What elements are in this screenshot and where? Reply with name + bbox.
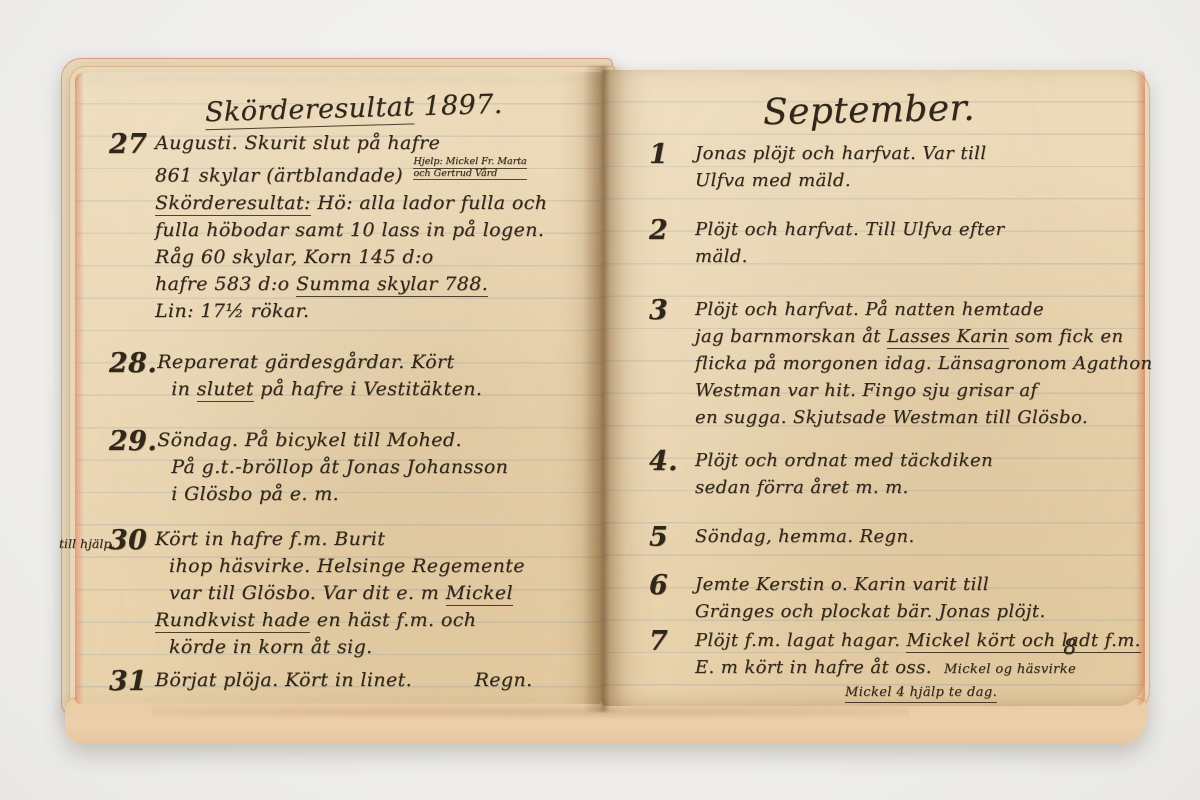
- entry-day: 31: [109, 667, 155, 697]
- entry-line: Ulfva med mäld.: [695, 167, 1129, 194]
- diary-entry-sep1: 1 Jonas plöjt och harfvat. Var till Ulfv…: [649, 140, 1129, 194]
- diary-entry-sep6: 6 Jemte Kerstin o. Karin varit till Grän…: [649, 571, 1129, 625]
- handwriting-text: Söndag, hemma. Regn.: [695, 526, 915, 547]
- entry-day: 30: [109, 526, 155, 556]
- page-number: 8: [1063, 635, 1077, 659]
- entry-line: Gränges och plockat bär. Jonas plöjt.: [695, 598, 1129, 625]
- left-page-content: Skörderesultat 1897. 27 Augusti. Skurit …: [109, 92, 579, 697]
- handwriting-text: Råg 60 skylar, Korn 145 d:o: [155, 246, 434, 268]
- entry-line: Augusti. Skurit slut på hafre: [155, 130, 579, 157]
- handwriting-text: 861 skylar (ärtblandade): [155, 165, 403, 187]
- handwriting-text: sedan förra året m. m.: [695, 477, 909, 498]
- handwriting-text: in: [171, 378, 190, 400]
- handwriting-text: Kört in hafre f.m. Burit: [155, 528, 385, 550]
- entry-line: en sugga. Skjutsade Westman till Glösbo.: [695, 404, 1153, 431]
- ink-smear: [152, 704, 909, 720]
- underlined-text: slutet: [197, 378, 254, 402]
- entry-lines: Augusti. Skurit slut på hafre 861 skylar…: [155, 130, 579, 325]
- entry-day: 27: [109, 130, 155, 160]
- open-diary-book: Skörderesultat 1897. 27 Augusti. Skurit …: [55, 56, 1150, 748]
- entry-lines: Plöjt och harfvat. På natten hemtade jag…: [695, 296, 1153, 431]
- entry-line: var till Glösbo. Var dit e. m Mickel: [169, 580, 579, 607]
- handwriting-text: fulla höbodar samt 10 lass in på logen.: [155, 219, 544, 241]
- handwriting-text: Reparerat gärdesgårdar. Kört: [157, 351, 454, 373]
- handwriting-text: var till Glösbo. Var dit e. m: [169, 582, 439, 604]
- handwriting-text: flicka på morgonen idag. Länsagronom Aga…: [695, 353, 1153, 374]
- handwriting-text: Plöjt f.m. lagat hagar.: [695, 630, 900, 651]
- entry-day: 7: [649, 627, 695, 657]
- handwriting-text: Söndag. På bicykel till Mohed.: [157, 429, 462, 451]
- handwriting-text: på hafre i Vestitäkten.: [260, 378, 482, 400]
- entry-line: Lin: 17½ rökar.: [155, 298, 579, 325]
- entry-line: i Glösbo på e. m.: [171, 481, 579, 508]
- handwriting-text: Plöjt och harfvat. På natten hemtade: [695, 299, 1044, 320]
- entry-line: Söndag. På bicykel till Mohed.: [157, 427, 579, 454]
- entry-day: 2: [649, 216, 695, 246]
- entry-line: Skörderesultat: Hö: alla lador fulla och: [155, 190, 579, 217]
- diary-entry-sep5: 5 Söndag, hemma. Regn.: [649, 523, 1129, 553]
- handwriting-text: Westman var hit. Fingo sju grisar af: [695, 380, 1038, 401]
- entry-line: Plöjt och harfvat. På natten hemtade: [695, 296, 1153, 323]
- entry-lines: Jemte Kerstin o. Karin varit till Gränge…: [695, 571, 1129, 625]
- margin-note: till hjälp.: [59, 530, 115, 557]
- diary-entry-aug27: 27 Augusti. Skurit slut på hafre 861 sky…: [109, 130, 579, 325]
- entry-line: Råg 60 skylar, Korn 145 d:o: [155, 244, 579, 271]
- handwriting-text: På g.t.-bröllop åt Jonas Johansson: [171, 456, 508, 478]
- heading-year: 1897.: [423, 89, 503, 122]
- handwriting-text: en häst f.m. och: [317, 609, 477, 631]
- entry-line: in slutet på hafre i Vestitäkten.: [171, 376, 579, 403]
- diary-entry-sep7: 7 Plöjt f.m. lagat hagar. Mickel kört oc…: [649, 627, 1129, 703]
- handwriting-text: Regn.: [475, 669, 533, 691]
- entry-lines: Kört in hafre f.m. Burit ihop häsvirke. …: [155, 526, 579, 661]
- diary-entry-aug28: 28. Reparerat gärdesgårdar. Kört in slut…: [109, 349, 579, 403]
- right-page-heading: September.: [649, 85, 1090, 136]
- heading-title: Skörderesultat: [205, 91, 415, 130]
- diary-entry-aug30: 30 Kört in hafre f.m. Burit ihop häsvirk…: [109, 526, 579, 661]
- entry-line: till hjälp. Rundkvist hade en häst f.m. …: [155, 607, 579, 634]
- entry-line: Börjat plöja. Kört in linet. Regn.: [155, 667, 579, 694]
- entry-lines: Söndag, hemma. Regn.: [695, 523, 1129, 550]
- handwriting-text: i Glösbo på e. m.: [171, 483, 339, 505]
- handwriting-text: mäld.: [695, 246, 748, 267]
- entry-line: ihop häsvirke. Helsinge Regemente: [169, 553, 579, 580]
- entry-lines: Plöjt och ordnat med täckdiken sedan för…: [695, 447, 1129, 501]
- diary-entry-sep2: 2 Plöjt och harfvat. Till Ulfva efter mä…: [649, 216, 1129, 270]
- underlined-text: Mickel: [446, 582, 513, 606]
- handwriting-text: hafre 583 d:o: [155, 273, 289, 295]
- handwriting-text: Ulfva med mäld.: [695, 170, 851, 191]
- underlined-text-small: Mickel 4 hjälp te dag.: [845, 685, 997, 703]
- entry-day: 4.: [649, 447, 695, 477]
- handwriting-text-small: Mickel og häsvirke: [944, 662, 1076, 677]
- diary-entry-aug31: 31 Börjat plöja. Kört in linet. Regn.: [109, 667, 579, 697]
- right-page-content: September. 1 Jonas plöjt och harfvat. Va…: [649, 90, 1129, 703]
- entry-day: 28.: [109, 349, 157, 379]
- handwriting-text: Hö: alla lador fulla och: [317, 192, 547, 214]
- handwriting-text: Jemte Kerstin o. Karin varit till: [695, 574, 989, 595]
- handwriting-text: Plöjt och harfvat. Till Ulfva efter: [695, 219, 1005, 240]
- underlined-text: Lasses Karin: [887, 326, 1009, 349]
- handwriting-text: Augusti. Skurit slut på hafre: [155, 132, 440, 154]
- entry-line: 861 skylar (ärtblandade) Hjelp: Mickel F…: [155, 157, 579, 190]
- entry-lines: Jonas plöjt och harfvat. Var till Ulfva …: [695, 140, 1129, 194]
- entry-line: fulla höbodar samt 10 lass in på logen.: [155, 217, 579, 244]
- entry-line: Reparerat gärdesgårdar. Kört: [157, 349, 579, 376]
- entry-day: 6: [649, 571, 695, 601]
- entry-line: Jemte Kerstin o. Karin varit till: [695, 571, 1129, 598]
- help-note-line: Hjelp: Mickel Fr. Marta: [413, 157, 526, 169]
- underlined-text: Mickel kört och ladt f.m.: [906, 630, 1140, 653]
- entry-line: På g.t.-bröllop åt Jonas Johansson: [171, 454, 579, 481]
- entry-line: hafre 583 d:o Summa skylar 788.: [155, 271, 579, 298]
- left-page-heading: Skörderesultat 1897.: [205, 87, 580, 129]
- diary-entry-sep4: 4. Plöjt och ordnat med täckdiken sedan …: [649, 447, 1129, 501]
- entry-lines: Söndag. På bicykel till Mohed. På g.t.-b…: [157, 427, 579, 508]
- handwriting-text: Gränges och plockat bär. Jonas plöjt.: [695, 601, 1046, 622]
- entry-lines: Reparerat gärdesgårdar. Kört in slutet p…: [157, 349, 579, 403]
- inline-help-note: Hjelp: Mickel Fr. Marta och Gertrud Vård: [413, 157, 526, 180]
- entry-lines: Plöjt och harfvat. Till Ulfva efter mäld…: [695, 216, 1129, 270]
- help-note-line: och Gertrud Vård: [413, 169, 526, 181]
- underlined-text: Skörderesultat:: [155, 192, 311, 216]
- handwriting-text: jag barnmorskan åt: [695, 326, 881, 347]
- entry-line: Plöjt och harfvat. Till Ulfva efter: [695, 216, 1129, 243]
- diary-entry-sep3: 3 Plöjt och harfvat. På natten hemtade j…: [649, 296, 1129, 431]
- handwriting-text: som fick en: [1015, 326, 1124, 347]
- handwriting-text: ihop häsvirke. Helsinge Regemente: [169, 555, 525, 577]
- entry-line: Westman var hit. Fingo sju grisar af: [695, 377, 1153, 404]
- entry-line: jag barnmorskan åt Lasses Karin som fick…: [695, 323, 1153, 350]
- entry-day: 1: [649, 140, 695, 170]
- diary-entry-aug29: 29. Söndag. På bicykel till Mohed. På g.…: [109, 427, 579, 508]
- handwriting-text: E. m kört in hafre åt oss.: [695, 657, 932, 678]
- entry-line: Jonas plöjt och harfvat. Var till: [695, 140, 1129, 167]
- handwriting-text: Börjat plöja. Kört in linet.: [155, 669, 412, 691]
- entry-line: sedan förra året m. m.: [695, 474, 1129, 501]
- entry-day: 29.: [109, 427, 157, 457]
- handwriting-text: Jonas plöjt och harfvat. Var till: [695, 143, 987, 164]
- entry-line: Kört in hafre f.m. Burit: [155, 526, 579, 553]
- entry-day: 5: [649, 523, 695, 553]
- underlined-text: Summa skylar 788.: [296, 273, 488, 297]
- entry-line: Söndag, hemma. Regn.: [695, 523, 1129, 550]
- entry-day: 3: [649, 296, 695, 326]
- handwriting-text: Lin: 17½ rökar.: [155, 300, 309, 322]
- entry-line: mäld.: [695, 243, 1129, 270]
- entry-line: Plöjt och ordnat med täckdiken: [695, 447, 1129, 474]
- entry-line: flicka på morgonen idag. Länsagronom Aga…: [695, 350, 1153, 377]
- entry-lines: Börjat plöja. Kört in linet. Regn.: [155, 667, 579, 694]
- handwriting-text: körde in korn åt sig.: [169, 636, 373, 658]
- underlined-text: Rundkvist hade: [155, 609, 310, 633]
- entry-line: körde in korn åt sig.: [169, 634, 579, 661]
- handwriting-text: Plöjt och ordnat med täckdiken: [695, 450, 993, 471]
- handwriting-text: en sugga. Skjutsade Westman till Glösbo.: [695, 407, 1088, 428]
